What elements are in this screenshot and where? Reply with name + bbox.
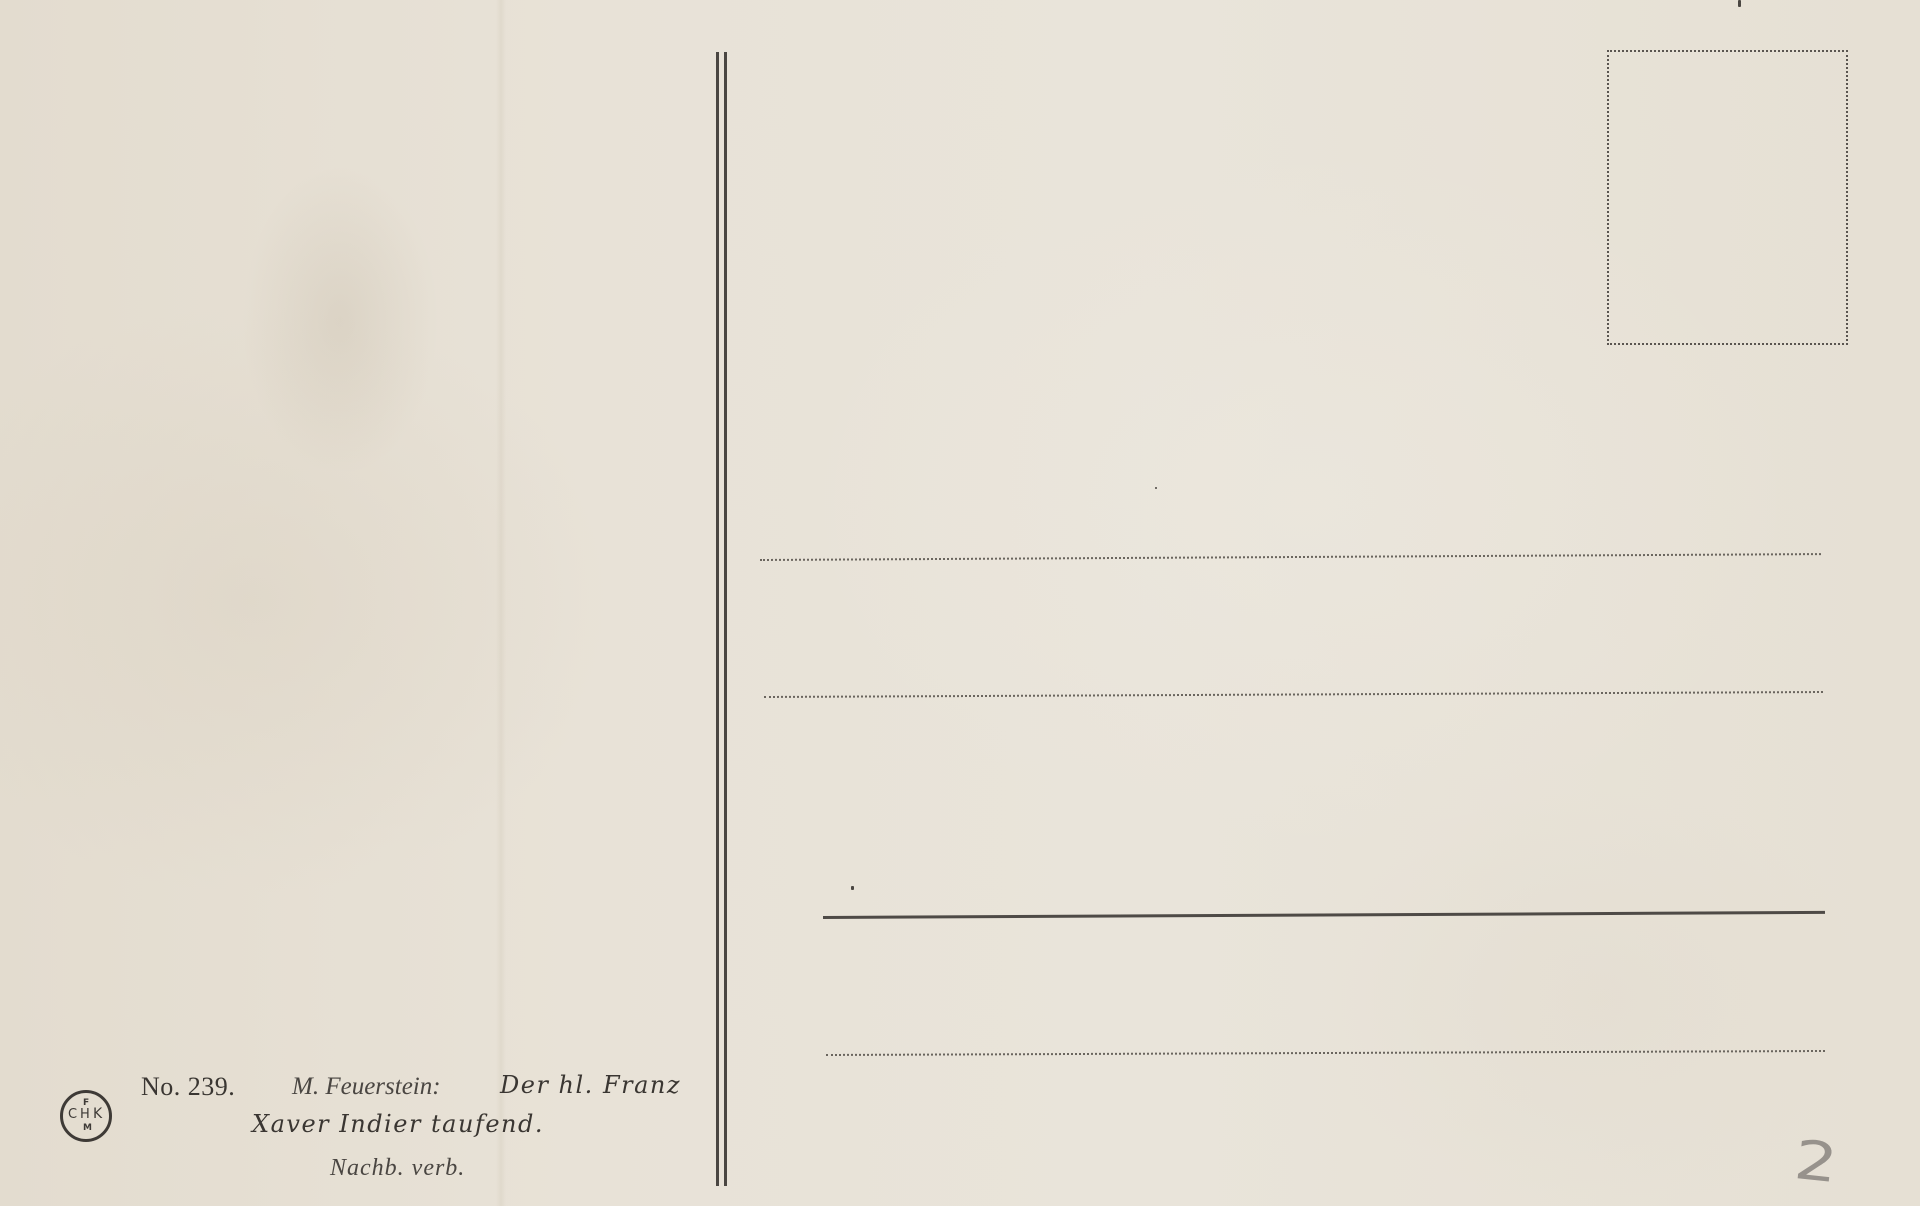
divider-line-left (716, 52, 719, 1186)
caption-number: No. 239. (141, 1072, 235, 1102)
ink-speck (1738, 0, 1741, 7)
caption-title-line-2: Xaver Indier taufend. (252, 1110, 544, 1138)
logo-letter-bottom: M (83, 1123, 92, 1134)
paper-fold-shading (496, 0, 506, 1206)
ink-speck (851, 886, 854, 890)
handwritten-pencil-mark: 2 (1791, 1128, 1840, 1195)
logo-letter-left: C (68, 1109, 77, 1120)
logo-letter-middle: H (80, 1109, 90, 1120)
divider-line-right (724, 52, 727, 1186)
logo-letter-right: K (93, 1109, 102, 1120)
ink-speck (1155, 487, 1157, 489)
publisher-logo-icon: F C H K M (60, 1090, 112, 1142)
caption-title-line-1: Der hl. Franz (500, 1071, 681, 1099)
caption-reproduction-note: Nachb. verb. (330, 1155, 465, 1182)
stamp-placement-box (1607, 50, 1848, 345)
caption-artist: M. Feuerstein: (292, 1073, 441, 1101)
